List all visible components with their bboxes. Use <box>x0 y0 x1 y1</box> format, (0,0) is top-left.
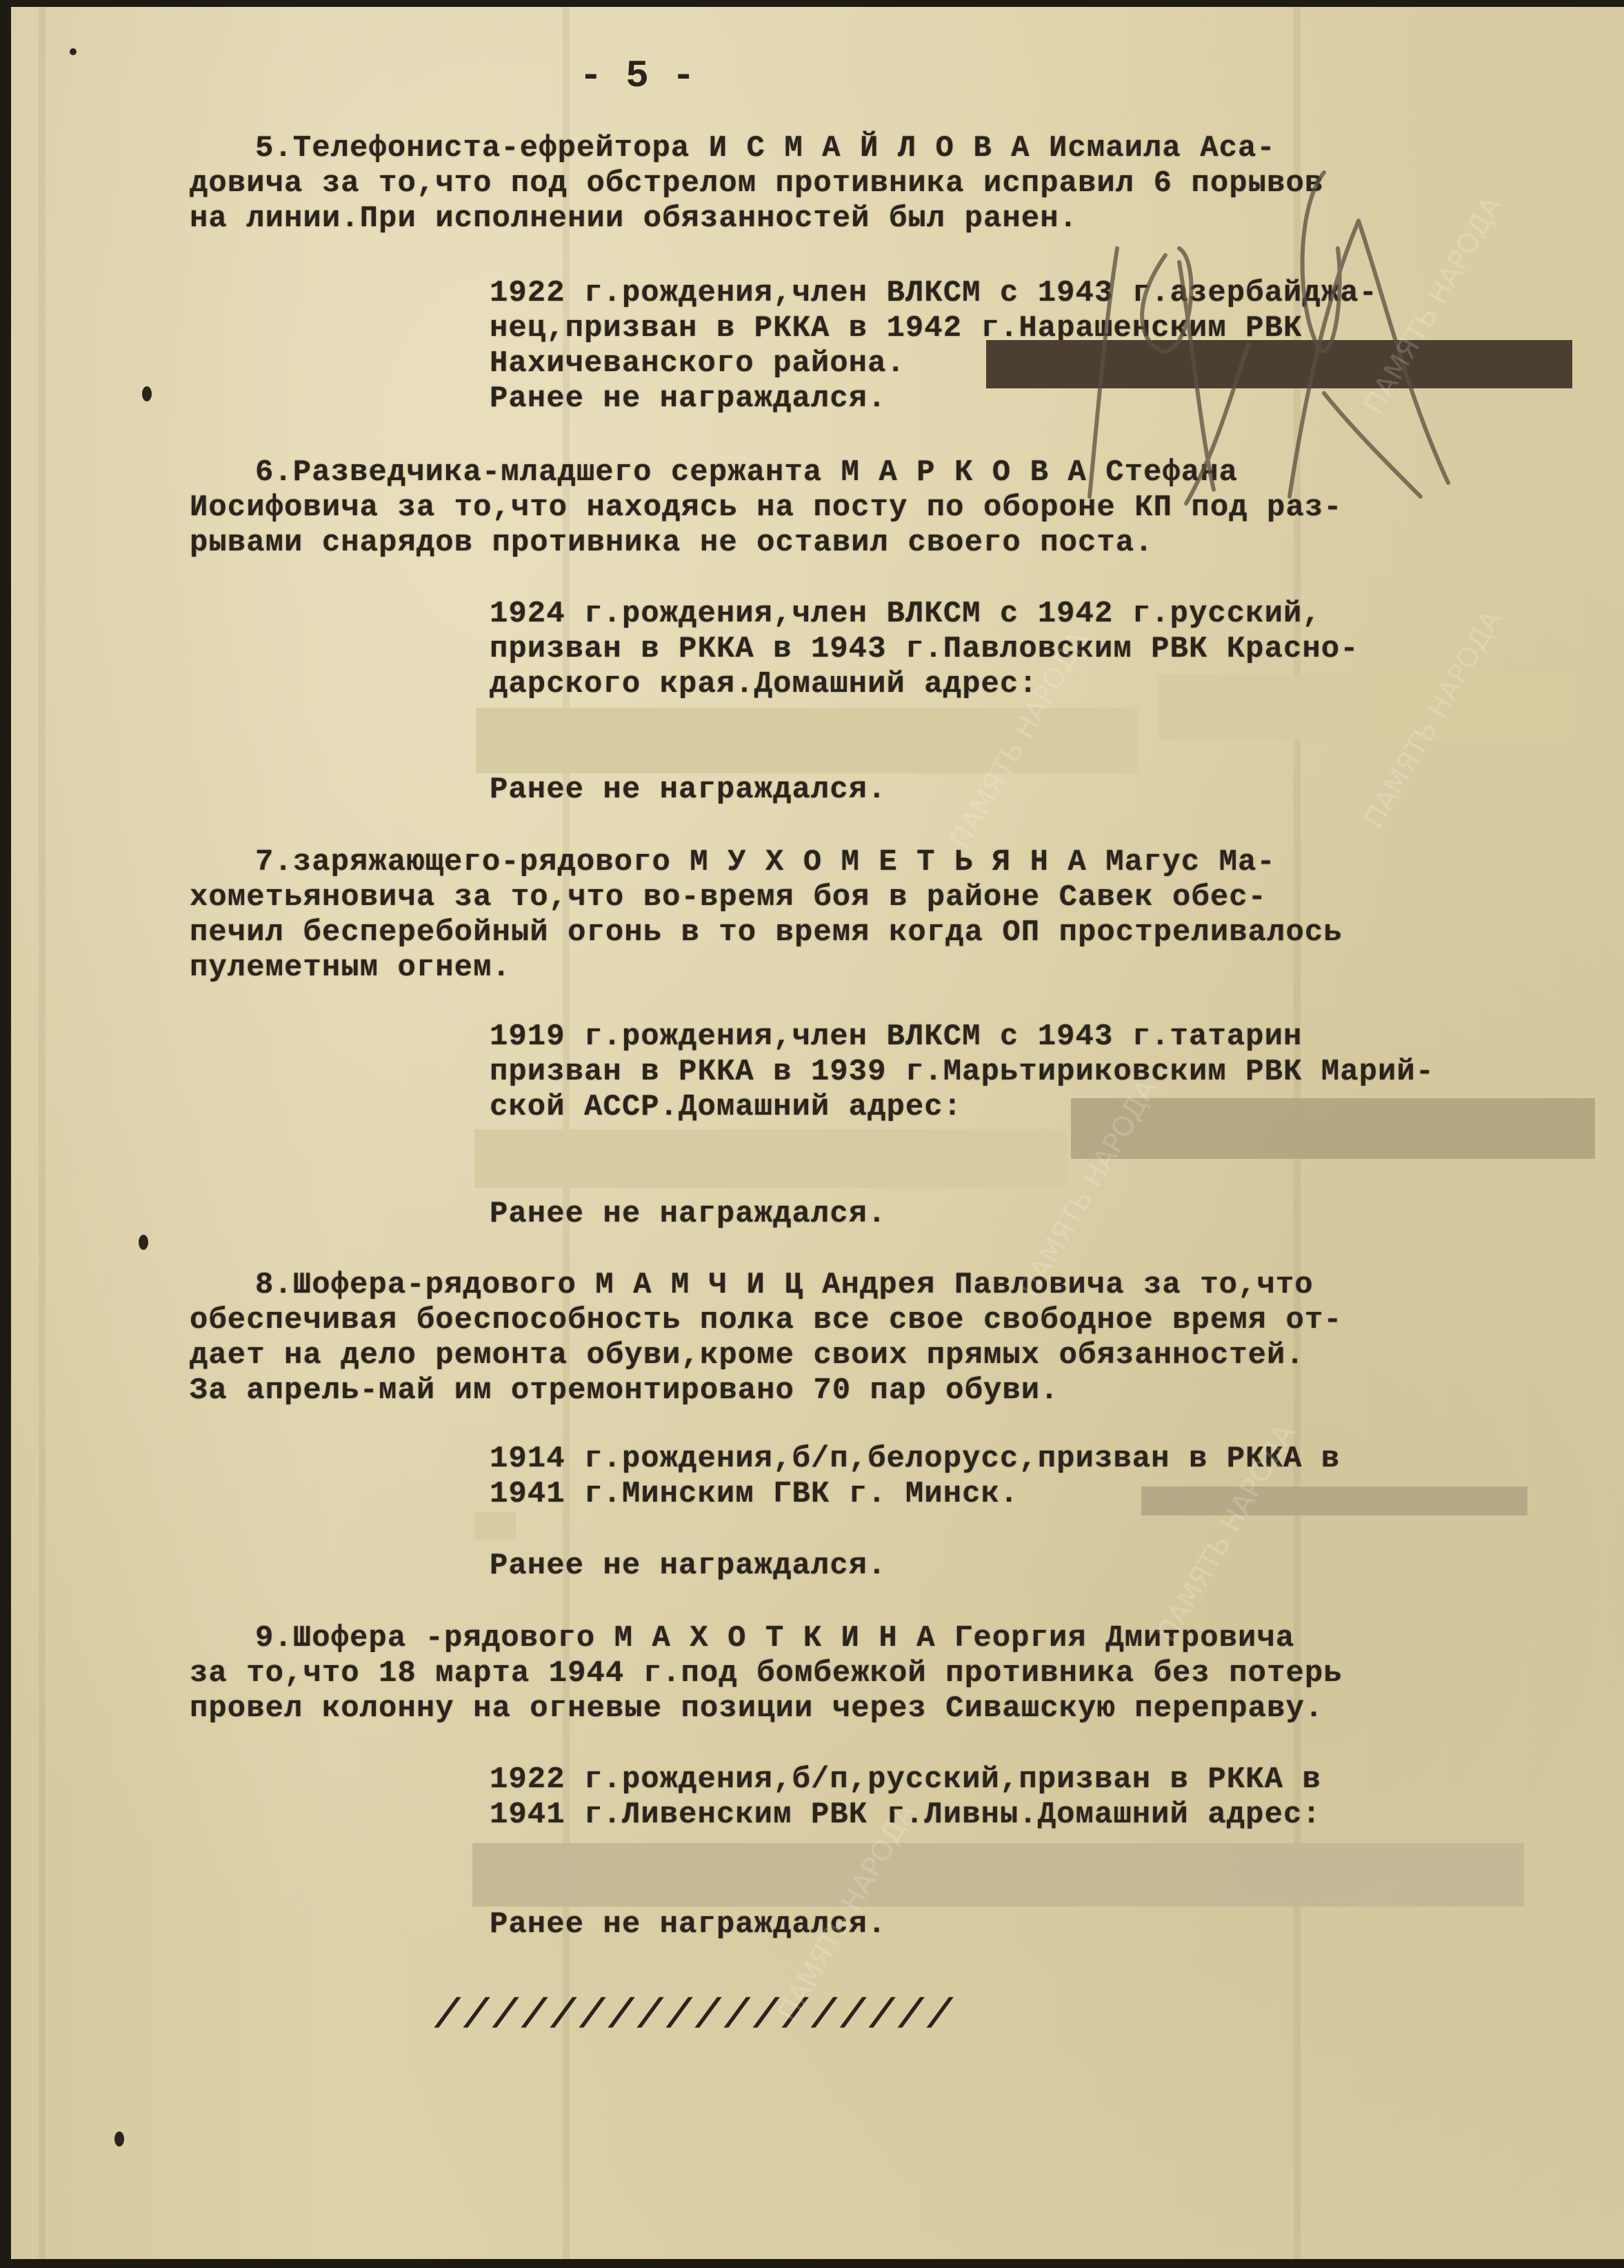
item-5-line-3: на линии.При исполнении обязанностей был… <box>190 201 1078 237</box>
punch-hole <box>142 386 152 401</box>
redaction-block <box>472 1843 1524 1907</box>
item-8-detail-3: Ранее не награждался. <box>490 1549 887 1584</box>
item-8-line-3: дает на дело ремонта обуви,кроме своих п… <box>190 1338 1305 1373</box>
page-number: - 5 - <box>579 54 695 98</box>
item-6-line-3: рывами снарядов противника не оставил св… <box>190 526 1154 561</box>
item-6-detail-4: Ранее не награждался. <box>490 773 887 808</box>
item-5-detail-4: Ранее не награждался. <box>490 381 887 417</box>
item-9-detail-1: 1922 г.рождения,б/п,русский,призван в РК… <box>490 1762 1321 1798</box>
item-7-detail-4: Ранее не награждался. <box>490 1197 887 1232</box>
item-5-line-1: 5.Телефониста-ефрейтора И С М А Й Л О В … <box>255 131 1276 166</box>
item-8-line-1: 8.Шофера-рядового М А М Ч И Ц Андрея Пав… <box>255 1268 1314 1303</box>
item-7-line-2: хометьяновича за то,что во-время боя в р… <box>190 880 1267 915</box>
item-9-line-1: 9.Шофера -рядового М А Х О Т К И Н А Гео… <box>255 1621 1294 1656</box>
item-8-detail-2: 1941 г.Минским ГВК г. Минск. <box>490 1477 1019 1512</box>
item-8-line-2: обеспечивая боеспособность полка все сво… <box>190 1303 1343 1338</box>
item-8-line-4: За апрель-май им отремонтировано 70 пар … <box>190 1373 1059 1409</box>
paper-fold <box>39 7 46 2259</box>
item-9-line-2: за то,что 18 марта 1944 г.под бомбежкой … <box>190 1656 1343 1691</box>
item-9-line-3: провел колонну на огневые позиции через … <box>190 1691 1323 1727</box>
redaction-block <box>474 1512 516 1540</box>
redaction-block <box>1141 1486 1527 1515</box>
item-7-line-1: 7.заряжающего-рядового М У Х О М Е Т Ь Я… <box>255 845 1276 880</box>
item-7-detail-1: 1919 г.рождения,член ВЛКСМ с 1943 г.тата… <box>490 1019 1302 1055</box>
item-6-detail-3: дарского края.Домашний адрес: <box>490 667 1038 702</box>
redaction-block <box>1159 675 1572 740</box>
item-8-detail-1: 1914 г.рождения,б/п,белорусс,призван в Р… <box>490 1442 1340 1477</box>
item-6-detail-1: 1924 г.рождения,член ВЛКСМ с 1942 г.русс… <box>490 597 1321 632</box>
redaction-block <box>474 1129 1067 1188</box>
item-7-detail-2: призван в РККА в 1939 г.Марьтириковским … <box>490 1055 1434 1090</box>
punch-hole <box>114 2131 124 2147</box>
item-5-detail-3: Нахичеванского района. <box>490 346 905 381</box>
item-6-detail-2: призван в РККА в 1943 г.Павловским РВК К… <box>490 632 1359 667</box>
end-of-text-mark: ////////////////// <box>434 1993 956 2040</box>
punch-hole <box>139 1235 148 1250</box>
item-7-line-4: пулеметным огнем. <box>190 951 511 986</box>
punch-hole <box>70 48 77 55</box>
item-7-line-3: печил бесперебойный огонь в то время ког… <box>190 915 1343 951</box>
item-7-detail-3: ской АССР.Домашний адрес: <box>490 1090 962 1125</box>
